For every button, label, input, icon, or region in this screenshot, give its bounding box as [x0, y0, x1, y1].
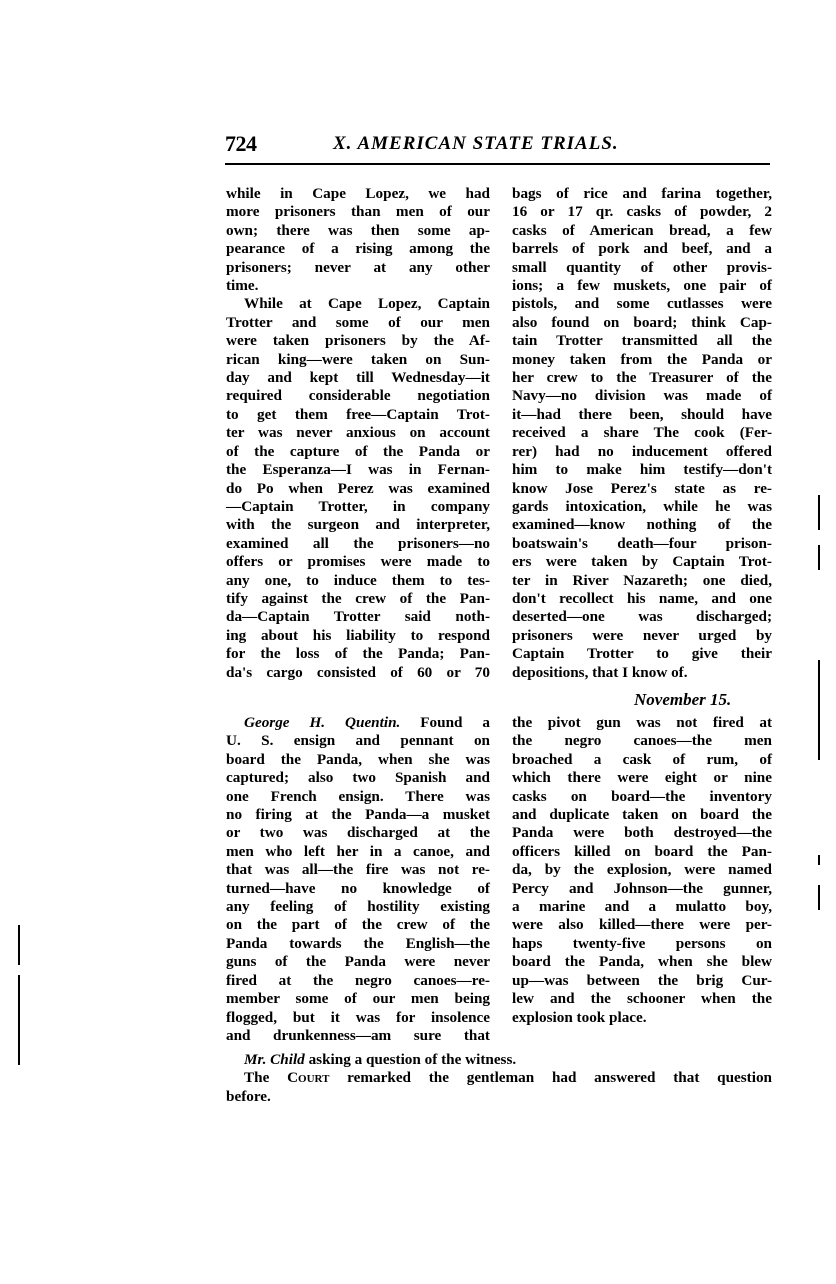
closing-paragraph: Mr. Child asking a question of the witne…	[226, 1051, 772, 1106]
text-line: own; there was then some ap-	[226, 222, 490, 240]
text-line: up—was between the brig Cur-	[512, 972, 772, 990]
left-column-bottom: George H. Quentin. Found a U. S. ensign …	[226, 714, 490, 1045]
scan-margin-mark	[818, 885, 820, 910]
text-line: and drunkenness—am sure that	[226, 1027, 490, 1045]
text-line: tain Trotter transmitted all the	[512, 332, 772, 350]
text-line: casks of American bread, a few	[512, 222, 772, 240]
text-line: ions; a few muskets, one pair of	[512, 277, 772, 295]
text-line: do Po when Perez was examined	[226, 480, 490, 498]
text-line: Trotter and some of our men	[226, 314, 490, 332]
text-line: required considerable negotiation	[226, 387, 490, 405]
text-line: tify against the crew of the Pan-	[226, 590, 490, 608]
text-line: fired at the negro canoes—re-	[226, 972, 490, 990]
text-line: 16 or 17 qr. casks of powder, 2	[512, 203, 772, 221]
text-line: also found on board; think Cap-	[512, 314, 772, 332]
text-line: Panda towards the English—the	[226, 935, 490, 953]
text-line: board the Panda, when she was	[226, 751, 490, 769]
text-line: it—had there been, should have	[512, 406, 772, 424]
text-line: that was all—the fire was not re-	[226, 861, 490, 879]
speaker-name: George H. Quentin.	[244, 714, 400, 731]
text-line: U. S. ensign and pennant on	[226, 732, 490, 750]
header-rule	[225, 163, 770, 165]
text-line: rer) had no inducement offered	[512, 443, 772, 461]
text-line: examined all the prisoners—no	[226, 535, 490, 553]
text-line: small quantity of other provis-	[512, 259, 772, 277]
text-line: more prisoners than men of our	[226, 203, 490, 221]
text-line: board the Panda, when she blew	[512, 953, 772, 971]
text-line: offers or promises were made to	[226, 553, 490, 571]
left-column-top: while in Cape Lopez, we had more prisone…	[226, 185, 490, 682]
right-column-bottom: the pivot gun was not fired at the negro…	[512, 714, 772, 1027]
text-line: Navy—no division was made of	[512, 387, 772, 405]
text-line: or two was discharged at the	[226, 824, 490, 842]
text-line: time.	[226, 277, 490, 295]
text-line: the negro canoes—the men	[512, 732, 772, 750]
text-line: deserted—one was discharged;	[512, 608, 772, 626]
text-line: da's cargo consisted of 60 or 70	[226, 664, 490, 682]
speaker-name: Mr. Child	[244, 1051, 305, 1068]
text-line: were also killed—there were per-	[512, 916, 772, 934]
text-line: which there were eight or nine	[512, 769, 772, 787]
text-line: were taken prisoners by the Af-	[226, 332, 490, 350]
text-line: her crew to the Treasurer of the	[512, 369, 772, 387]
text-line: da, by the explosion, were named	[512, 861, 772, 879]
text-line: day and kept till Wednesday—it	[226, 369, 490, 387]
text-line: a marine and a mulatto boy,	[512, 898, 772, 916]
text-line: men who left her in a canoe, and	[226, 843, 490, 861]
text-line: haps twenty-five persons on	[512, 935, 772, 953]
text-line: rican king—were taken on Sun-	[226, 351, 490, 369]
text-line: ter was never anxious on account	[226, 424, 490, 442]
text-line: examined—know nothing of the	[512, 516, 772, 534]
text-fragment: The	[244, 1069, 287, 1086]
text-line: da—Captain Trotter said noth-	[226, 608, 490, 626]
running-title: X. AMERICAN STATE TRIALS.	[333, 133, 619, 155]
text-line: don't recollect his name, and one	[512, 590, 772, 608]
text-line: —Captain Trotter, in company	[226, 498, 490, 516]
text-line: While at Cape Lopez, Captain	[226, 295, 490, 313]
text-line: while in Cape Lopez, we had	[226, 185, 490, 203]
text-line: guns of the Panda were never	[226, 953, 490, 971]
right-column-top: bags of rice and farina together, 16 or …	[512, 185, 772, 682]
text-line: barrels of pork and beef, and a	[512, 240, 772, 258]
scan-margin-mark	[818, 855, 820, 865]
text-line: gards intoxication, while he was	[512, 498, 772, 516]
scan-margin-mark	[818, 660, 820, 760]
text-fragment: Found a	[400, 714, 490, 731]
text-line: depositions, that I know of.	[512, 664, 772, 682]
scan-margin-mark	[818, 495, 820, 530]
text-line: ter in River Nazareth; one died,	[512, 572, 772, 590]
text-line: bags of rice and farina together,	[512, 185, 772, 203]
page-header: 724 X. AMERICAN STATE TRIALS.	[225, 131, 771, 161]
text-line: to get them free—Captain Trot-	[226, 406, 490, 424]
text-line: pistols, and some cutlasses were	[512, 295, 772, 313]
text-line: of the capture of the Panda or	[226, 443, 490, 461]
text-line: The Court remarked the gentleman had ans…	[226, 1069, 772, 1087]
text-line: the Esperanza—I was in Fernan-	[226, 461, 490, 479]
text-line: explosion took place.	[512, 1009, 772, 1027]
text-line: money taken from the Panda or	[512, 351, 772, 369]
scan-margin-mark	[818, 545, 820, 570]
text-line: flogged, but it was for insolence	[226, 1009, 490, 1027]
text-line: Percy and Johnson—the gunner,	[512, 880, 772, 898]
scan-margin-mark	[18, 925, 20, 965]
text-line: turned—have no knowledge of	[226, 880, 490, 898]
text-line: prisoners were never urged by	[512, 627, 772, 645]
text-line: prisoners; never at any other	[226, 259, 490, 277]
page-number: 724	[225, 131, 257, 157]
court-label: Court	[287, 1069, 329, 1086]
text-line: the pivot gun was not fired at	[512, 714, 772, 732]
text-line: member some of our men being	[226, 990, 490, 1008]
text-line: any feeling of hostility existing	[226, 898, 490, 916]
text-line: lew and the schooner when the	[512, 990, 772, 1008]
text-line: with the surgeon and interpreter,	[226, 516, 490, 534]
text-line: received a share The cook (Fer-	[512, 424, 772, 442]
text-line: casks on board—the inventory	[512, 788, 772, 806]
text-line: for the loss of the Panda; Pan-	[226, 645, 490, 663]
document-page: 724 X. AMERICAN STATE TRIALS. while in C…	[0, 0, 836, 1284]
text-line: ers were taken by Captain Trot-	[512, 553, 772, 571]
text-line: broached a cask of rum, of	[512, 751, 772, 769]
text-line: him to make him testify—don't	[512, 461, 772, 479]
text-line: no firing at the Panda—a musket	[226, 806, 490, 824]
text-line: before.	[226, 1088, 772, 1106]
text-line: know Jose Perez's state as re-	[512, 480, 772, 498]
text-line: ing about his liability to respond	[226, 627, 490, 645]
text-line: boatswain's death—four prison-	[512, 535, 772, 553]
text-line: Mr. Child asking a question of the witne…	[226, 1051, 772, 1069]
text-line: pearance of a rising among the	[226, 240, 490, 258]
text-line: captured; also two Spanish and	[226, 769, 490, 787]
text-line: Captain Trotter to give their	[512, 645, 772, 663]
text-fragment: remarked the gentleman had answered that…	[329, 1069, 772, 1086]
text-line: any one, to induce them to tes-	[226, 572, 490, 590]
text-line: officers killed on board the Pan-	[512, 843, 772, 861]
date-heading: November 15.	[634, 690, 731, 710]
text-line: on the part of the crew of the	[226, 916, 490, 934]
scan-margin-mark	[18, 975, 20, 1065]
text-line: and duplicate taken on board the	[512, 806, 772, 824]
text-fragment: asking a question of the witness.	[305, 1051, 516, 1068]
text-line: one French ensign. There was	[226, 788, 490, 806]
text-line: Panda were both destroyed—the	[512, 824, 772, 842]
text-line: George H. Quentin. Found a	[226, 714, 490, 732]
